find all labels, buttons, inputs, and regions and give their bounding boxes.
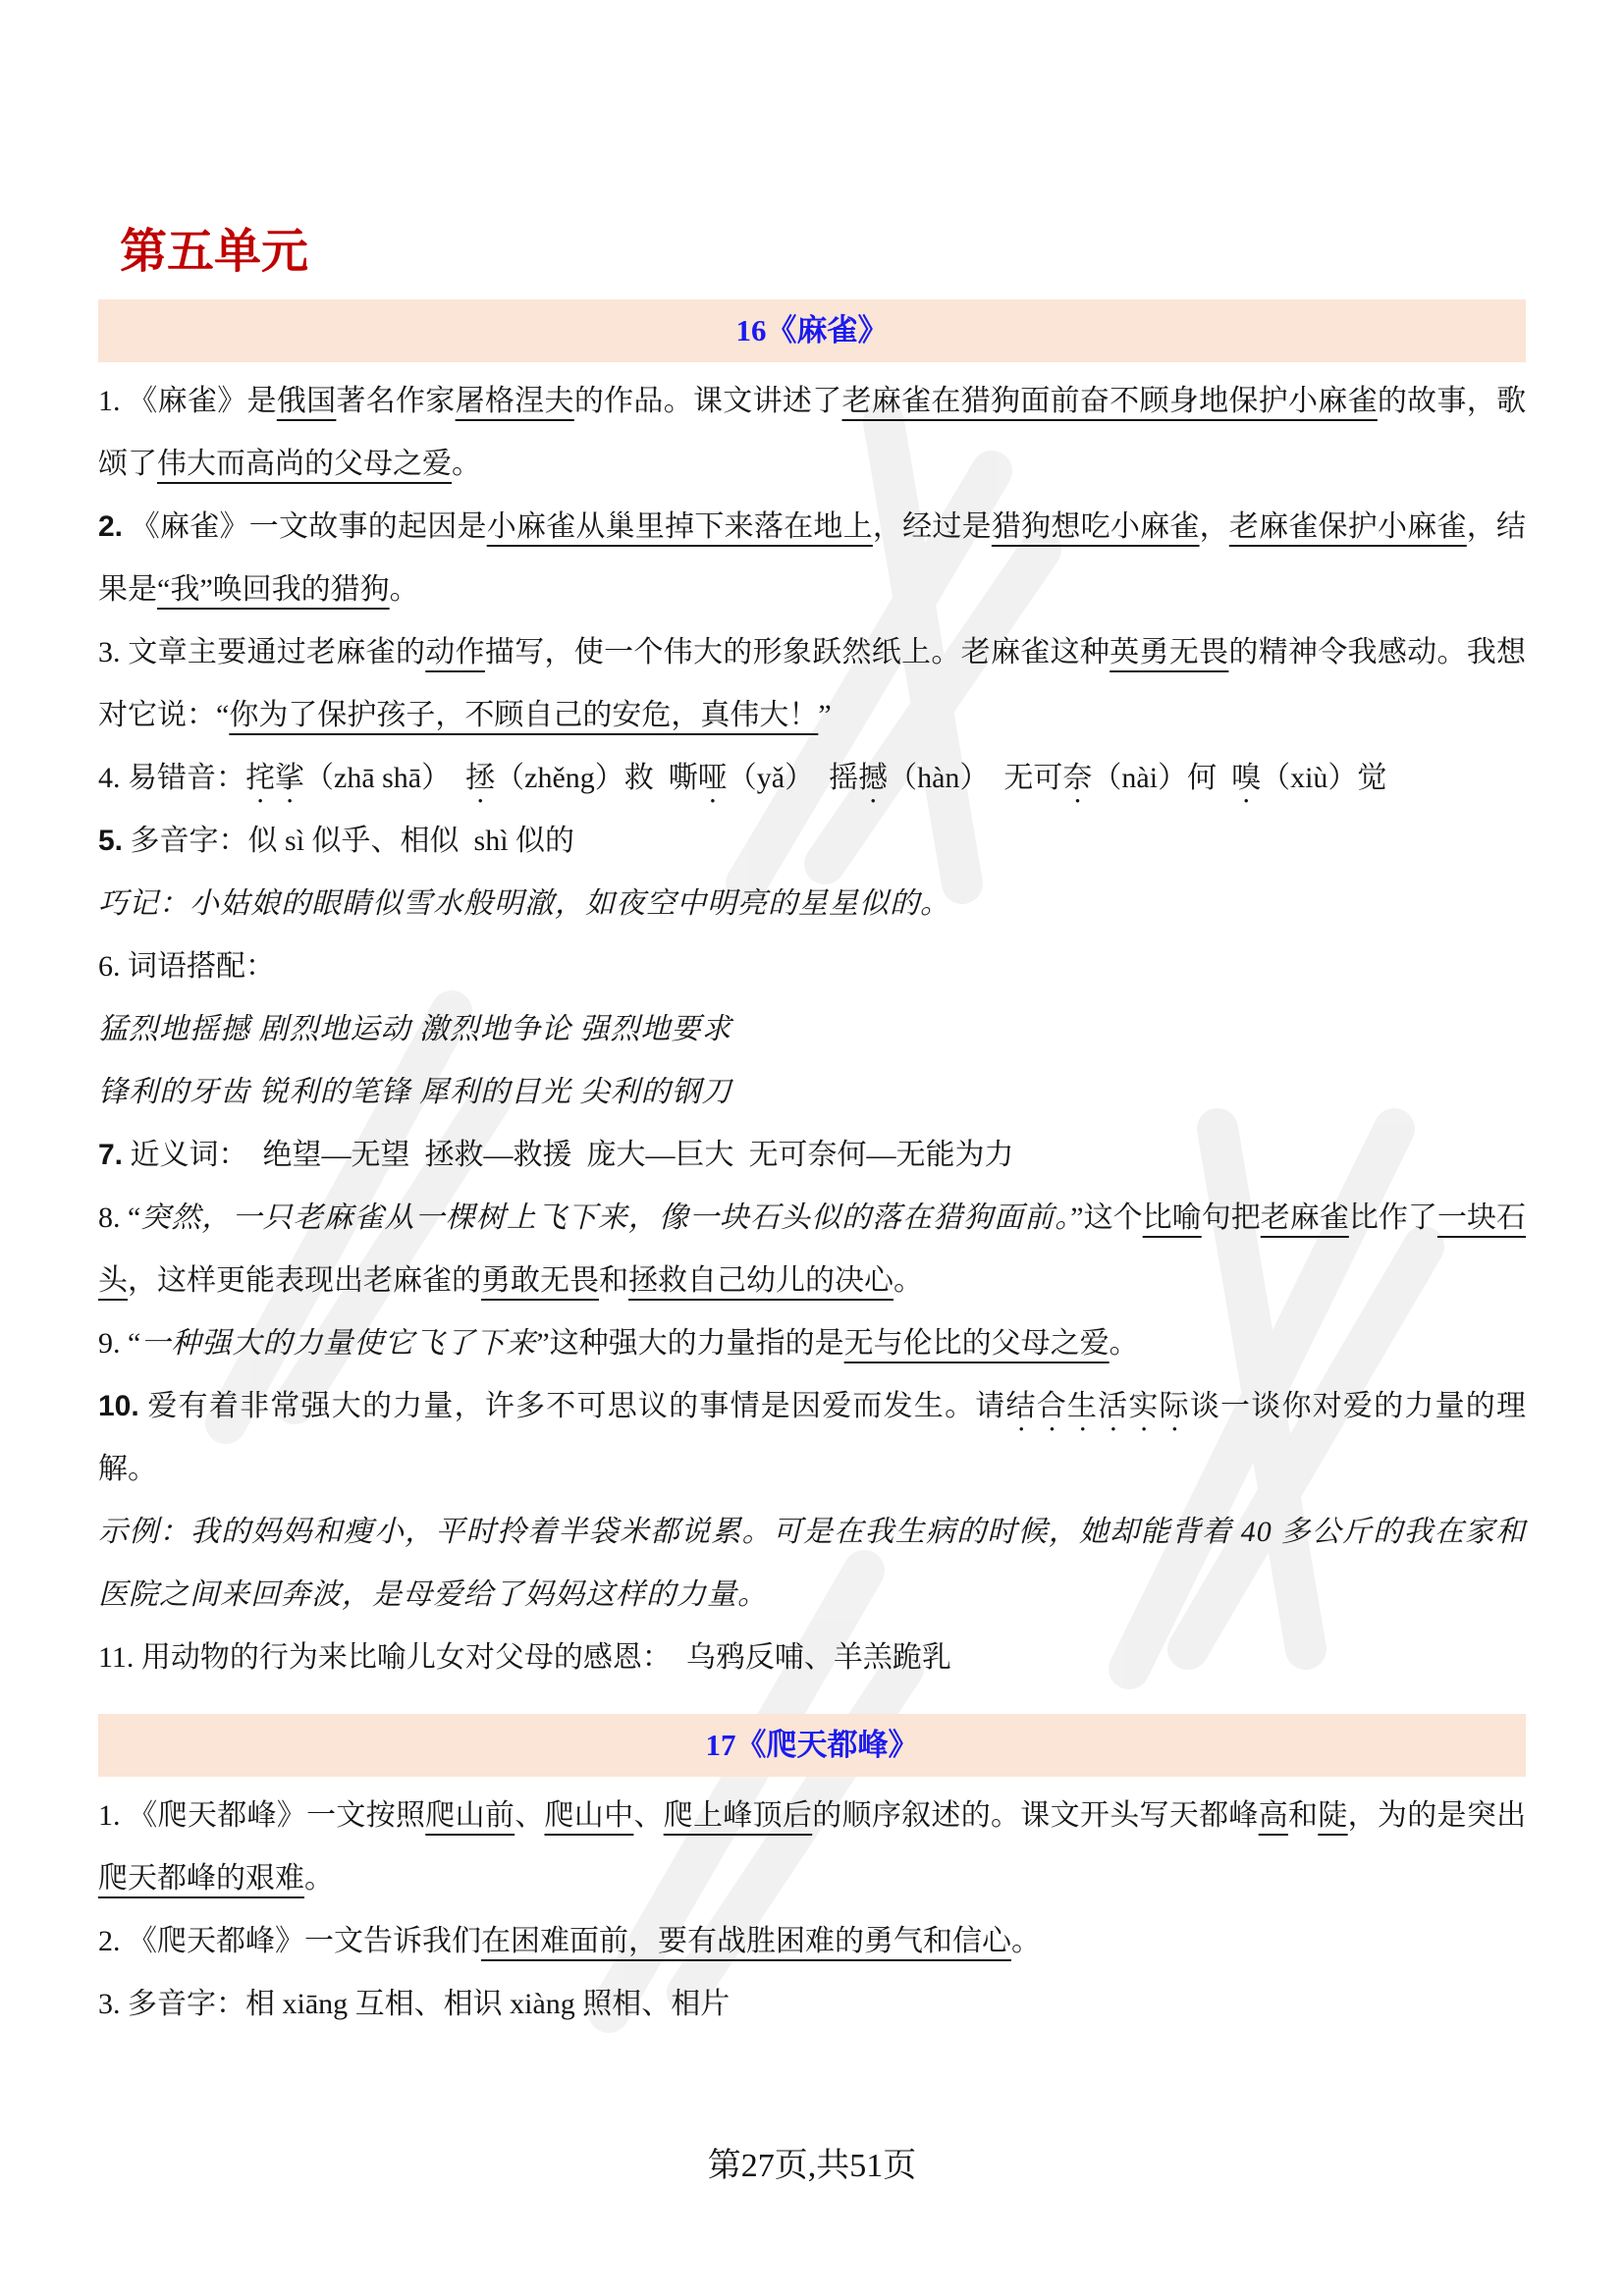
paragraph: 11. 用动物的行为来比喻儿女对父母的感恩： 乌鸦反哺、羊羔跪乳 bbox=[98, 1627, 1526, 1689]
underlined-text: 爬上峰顶后 bbox=[664, 1799, 813, 1832]
text-run: 1. 《爬天都峰》一文按照 bbox=[98, 1799, 425, 1832]
underlined-text: 猎狗想吃小麻雀 bbox=[992, 510, 1200, 543]
underlined-text: 高 bbox=[1259, 1799, 1288, 1832]
text-run: 11. 用动物的行为来比喻儿女对父母的感恩： 乌鸦反哺、羊羔跪乳 bbox=[98, 1641, 951, 1674]
text-run: 描写，使一个伟大的形象跃然纸上。老麻雀这种 bbox=[485, 636, 1110, 668]
underlined-text: 在困难面前，要有战胜困难的勇气和信心 bbox=[481, 1925, 1011, 1957]
lesson-17-banner: 17《爬天都峰》 bbox=[98, 1714, 1526, 1777]
text-run: 。 bbox=[390, 573, 419, 606]
text-run: 。 bbox=[1011, 1925, 1041, 1957]
text-run: （xiù）觉 bbox=[1261, 762, 1386, 794]
underlined-text: 无与伦比的父母之爱 bbox=[844, 1327, 1110, 1360]
text-run: ， bbox=[1200, 510, 1229, 543]
kaiti-text: 示例：我的妈妈和瘦小，平时拎着半袋米都说累。可是在我生病的时候，她却能背着 40… bbox=[98, 1516, 1526, 1611]
underlined-text: 英勇无畏 bbox=[1110, 636, 1228, 668]
paragraph: 8. “突然，一只老麻雀从一棵树上飞下来，像一块石头似的落在猎狗面前。”这个比喻… bbox=[98, 1187, 1526, 1312]
underlined-text: 拯救自己幼儿的决心 bbox=[628, 1264, 893, 1297]
text-run: （zhā shā） bbox=[304, 762, 465, 794]
paragraph: 5. 多音字：似 sì 似乎、相似 shì 似的 bbox=[98, 810, 1526, 873]
paragraph: 3. 多音字：相 xiāng 互相、相识 xiàng 照相、相片 bbox=[98, 1973, 1526, 2036]
lesson-17-section: 17《爬天都峰》 1. 《爬天都峰》一文按照爬山前、爬山中、爬上峰顶后的顺序叙述… bbox=[98, 1714, 1526, 2042]
text-run: 著名作家 bbox=[336, 385, 455, 417]
bold-number: 7. bbox=[98, 1139, 123, 1171]
paragraph: 7. 近义词： 绝望—无望 拯救—救援 庞大—巨大 无可奈何—无能为力 bbox=[98, 1124, 1526, 1187]
text-run: 2. 《爬天都峰》一文告诉我们 bbox=[98, 1925, 481, 1957]
underlined-text: 伟大而高尚的父母之爱 bbox=[157, 448, 452, 480]
underlined-text: 动作 bbox=[425, 636, 485, 668]
kaiti-text: 锋利的牙齿 锐利的笔锋 犀利的目光 尖利的钢刀 bbox=[98, 1076, 732, 1108]
underlined-text: 老麻雀在猎狗面前奋不顾身地保护小麻雀 bbox=[842, 385, 1378, 417]
underlined-text: 爬天都峰的艰难 bbox=[98, 1862, 304, 1895]
kaiti-text: 一种强大的力量使它飞了下来 bbox=[140, 1327, 536, 1360]
text-run: 爱有着非常强大的力量，许多不可思议的事情是因爱而发生。请 bbox=[139, 1390, 1006, 1422]
underlined-text: 屠格涅夫 bbox=[456, 385, 574, 417]
text-run: 4. 易错音： bbox=[98, 762, 245, 794]
paragraph: 3. 文章主要通过老麻雀的动作描写，使一个伟大的形象跃然纸上。老麻雀这种英勇无畏… bbox=[98, 621, 1526, 747]
text-run: 。 bbox=[304, 1862, 334, 1895]
text-run: 和 bbox=[599, 1264, 628, 1297]
lesson-16-banner: 16《麻雀》 bbox=[98, 299, 1526, 362]
bold-number: 5. bbox=[98, 825, 123, 857]
paragraph: 1. 《麻雀》是俄国著名作家屠格涅夫的作品。课文讲述了老麻雀在猎狗面前奋不顾身地… bbox=[98, 370, 1526, 496]
text-run: （nài）何 bbox=[1092, 762, 1231, 794]
underlined-text: “我”唤回我的猎狗 bbox=[157, 573, 390, 606]
text-run: （hàn） 无可 bbox=[888, 762, 1062, 794]
text-run: 、 bbox=[633, 1799, 663, 1832]
unit-title: 第五单元 bbox=[120, 224, 1526, 281]
text-run: （zhěng）救 嘶 bbox=[495, 762, 698, 794]
text-run: 和 bbox=[1288, 1799, 1318, 1832]
underlined-text: 小麻雀从巢里掉下来落在地上 bbox=[487, 510, 873, 543]
paragraph: 锋利的牙齿 锐利的笔锋 犀利的目光 尖利的钢刀 bbox=[98, 1061, 1526, 1124]
paragraph: 2. 《爬天都峰》一文告诉我们在困难面前，要有战胜困难的勇气和信心。 bbox=[98, 1910, 1526, 1973]
text-run: 。 bbox=[1110, 1327, 1139, 1360]
text-run: ，经过是 bbox=[873, 510, 992, 543]
text-run: 8. “ bbox=[98, 1201, 140, 1234]
paragraph: 9. “一种强大的力量使它飞了下来”这种强大的力量指的是无与伦比的父母之爱。 bbox=[98, 1312, 1526, 1375]
text-run: 6. 词语搭配： bbox=[98, 950, 275, 983]
text-run: 9. “ bbox=[98, 1327, 140, 1360]
dot-emphasized-text: 拯 bbox=[465, 762, 495, 794]
dot-emphasized-text: 挓挲 bbox=[245, 762, 304, 794]
underlined-text: 老麻雀 bbox=[1261, 1201, 1349, 1234]
lesson-16-banner-label: 16《麻雀》 bbox=[736, 313, 889, 347]
text-run: 的作品。课文讲述了 bbox=[574, 385, 842, 417]
paragraph: 示例：我的妈妈和瘦小，平时拎着半袋米都说累。可是在我生病的时候，她却能背着 40… bbox=[98, 1501, 1526, 1627]
text-run: 1. 《麻雀》是 bbox=[98, 385, 277, 417]
text-run: 、 bbox=[514, 1799, 544, 1832]
underlined-text: 爬山前 bbox=[425, 1799, 514, 1832]
paragraph: 巧记：小姑娘的眼睛似雪水般明澈，如夜空中明亮的星星似的。 bbox=[98, 873, 1526, 935]
paragraph: 10. 爱有着非常强大的力量，许多不可思议的事情是因爱而发生。请结合生活实际谈一… bbox=[98, 1375, 1526, 1501]
text-run: 《麻雀》一文故事的起因是 bbox=[123, 510, 487, 543]
text-run: 句把 bbox=[1202, 1201, 1261, 1234]
document-page: 第五单元 16《麻雀》 1. 《麻雀》是俄国著名作家屠格涅夫的作品。课文讲述了老… bbox=[0, 0, 1624, 2296]
kaiti-text: 突然，一只老麻雀从一棵树上飞下来，像一块石头似的落在猎狗面前。 bbox=[140, 1201, 1070, 1234]
text-run: （yǎ） 摇 bbox=[728, 762, 858, 794]
text-run: 多音字：似 sì 似乎、相似 shì 似的 bbox=[123, 825, 574, 857]
bold-number: 10. bbox=[98, 1390, 139, 1422]
dot-emphasized-text: 哑 bbox=[698, 762, 728, 794]
text-run: ”这种强大的力量指的是 bbox=[536, 1327, 843, 1360]
lesson-17-paragraphs: 1. 《爬天都峰》一文按照爬山前、爬山中、爬上峰顶后的顺序叙述的。课文开头写天都… bbox=[98, 1777, 1526, 2042]
paragraph: 猛烈地摇撼 剧烈地运动 激烈地争论 强烈地要求 bbox=[98, 998, 1526, 1061]
dot-emphasized-text: 撼 bbox=[858, 762, 888, 794]
text-run: 。 bbox=[452, 448, 481, 480]
underlined-text: 比喻 bbox=[1143, 1201, 1202, 1234]
lesson-16-paragraphs: 1. 《麻雀》是俄国著名作家屠格涅夫的作品。课文讲述了老麻雀在猎狗面前奋不顾身地… bbox=[98, 362, 1526, 1695]
text-run: ” bbox=[818, 699, 831, 731]
kaiti-text: 猛烈地摇撼 剧烈地运动 激烈地争论 强烈地要求 bbox=[98, 1013, 732, 1045]
text-run: ，这样更能表现出老麻雀的 bbox=[128, 1264, 481, 1297]
text-run: 3. 文章主要通过老麻雀的 bbox=[98, 636, 425, 668]
text-run: 近义词： 绝望—无望 拯救—救援 庞大—巨大 无可奈何—无能为力 bbox=[123, 1139, 1014, 1171]
underlined-text: 老麻雀保护小麻雀 bbox=[1229, 510, 1467, 543]
underlined-text: 陡 bbox=[1318, 1799, 1347, 1832]
page-content: 第五单元 16《麻雀》 1. 《麻雀》是俄国著名作家屠格涅夫的作品。课文讲述了老… bbox=[0, 224, 1624, 2042]
underlined-text: 爬山中 bbox=[545, 1799, 634, 1832]
underlined-text: 你为了保护孩子，不顾自己的安危，真伟大！ bbox=[229, 699, 818, 731]
paragraph: 1. 《爬天都峰》一文按照爬山前、爬山中、爬上峰顶后的顺序叙述的。课文开头写天都… bbox=[98, 1785, 1526, 1910]
lesson-17-banner-label: 17《爬天都峰》 bbox=[706, 1728, 919, 1762]
underlined-text: 俄国 bbox=[277, 385, 337, 417]
kaiti-text: 巧记：小姑娘的眼睛似雪水般明澈，如夜空中明亮的星星似的。 bbox=[98, 887, 950, 920]
text-run: ，为的是突出 bbox=[1348, 1799, 1527, 1832]
dot-emphasized-text: 嗅 bbox=[1231, 762, 1261, 794]
dot-emphasized-text: 结合生活实际 bbox=[1006, 1390, 1190, 1422]
underlined-text: 勇敢无畏 bbox=[481, 1264, 599, 1297]
lesson-16-section: 16《麻雀》 1. 《麻雀》是俄国著名作家屠格涅夫的作品。课文讲述了老麻雀在猎狗… bbox=[98, 299, 1526, 1695]
dot-emphasized-text: 奈 bbox=[1062, 762, 1092, 794]
text-run: 比作了 bbox=[1349, 1201, 1437, 1234]
paragraph: 6. 词语搭配： bbox=[98, 935, 1526, 998]
paragraph: 4. 易错音：挓挲（zhā shā） 拯（zhěng）救 嘶哑（yǎ） 摇撼（h… bbox=[98, 747, 1526, 810]
text-run: 。 bbox=[893, 1264, 923, 1297]
text-run: 的顺序叙述的。课文开头写天都峰 bbox=[812, 1799, 1258, 1832]
page-number-footer: 第27页,共51页 bbox=[0, 2138, 1624, 2186]
text-run: 3. 多音字：相 xiāng 互相、相识 xiàng 照相、相片 bbox=[98, 1988, 730, 2020]
bold-number: 2. bbox=[98, 510, 123, 543]
paragraph: 2. 《麻雀》一文故事的起因是小麻雀从巢里掉下来落在地上，经过是猎狗想吃小麻雀，… bbox=[98, 496, 1526, 621]
text-run: ”这个 bbox=[1070, 1201, 1142, 1234]
